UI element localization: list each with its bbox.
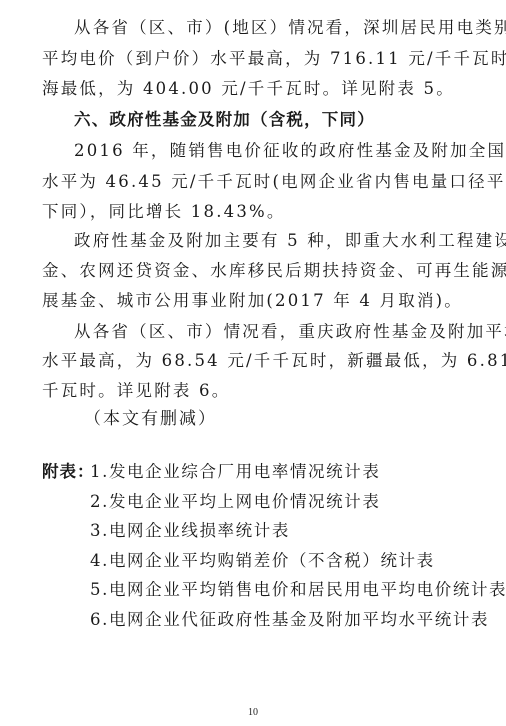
appendix-item-2: 2.发电企业平均上网电价情况统计表: [90, 492, 380, 512]
paragraph-3-line-1: 政府性基金及附加主要有 5 种，即重大水利工程建设基: [74, 231, 494, 251]
paragraph-4-line-2: 水平最高，为 68.54 元/千千瓦时，新疆最低，为 6.81 元/千: [42, 351, 462, 371]
page-number: 10: [0, 707, 506, 718]
abridged-note: （本文有删减）: [84, 409, 504, 429]
paragraph-2-line-3: 下同），同比增长 18.43%。: [42, 202, 462, 222]
paragraph-1-line-1: 从各省（区、市）(地区）情况看，深圳居民用电类别: [74, 18, 494, 38]
appendix-item-5: 5.电网企业平均销售电价和居民用电平均电价统计表: [90, 580, 506, 600]
paragraph-2-line-1: 2016 年，随销售电价征收的政府性基金及附加全国平均: [74, 141, 494, 161]
appendix-item-4: 4.电网企业平均购销差价（不含税）统计表: [90, 551, 435, 571]
paragraph-4-line-1: 从各省（区、市）情况看，重庆政府性基金及附加平均: [74, 322, 494, 342]
section-heading: 六、政府性基金及附加（含税，下同）: [74, 110, 494, 130]
paragraph-1-line-3: 海最低，为 404.00 元/千千瓦时。详见附表 5。: [42, 79, 462, 99]
appendix-item-3: 3.电网企业线损率统计表: [90, 521, 290, 541]
document-page: 从各省（区、市）(地区）情况看，深圳居民用电类别 平均电价（到户价）水平最高，为…: [0, 0, 506, 726]
paragraph-3-line-3: 展基金、城市公用事业附加(2017 年 4 月取消)。: [42, 291, 462, 311]
appendix-item-1: 1.发电企业综合厂用电率情况统计表: [90, 462, 380, 482]
paragraph-4-line-3: 千瓦时。详见附表 6。: [42, 381, 462, 401]
paragraph-3-line-2: 金、农网还贷资金、水库移民后期扶持资金、可再生能源发: [42, 261, 462, 281]
appendix-item-6: 6.电网企业代征政府性基金及附加平均水平统计表: [90, 610, 489, 630]
paragraph-2-line-2: 水平为 46.45 元/千千瓦时(电网企业省内售电量口径平均值，: [42, 172, 462, 192]
appendix-label: 附表：: [42, 462, 95, 482]
paragraph-1-line-2: 平均电价（到户价）水平最高，为 716.11 元/千千瓦时，青: [42, 49, 462, 69]
